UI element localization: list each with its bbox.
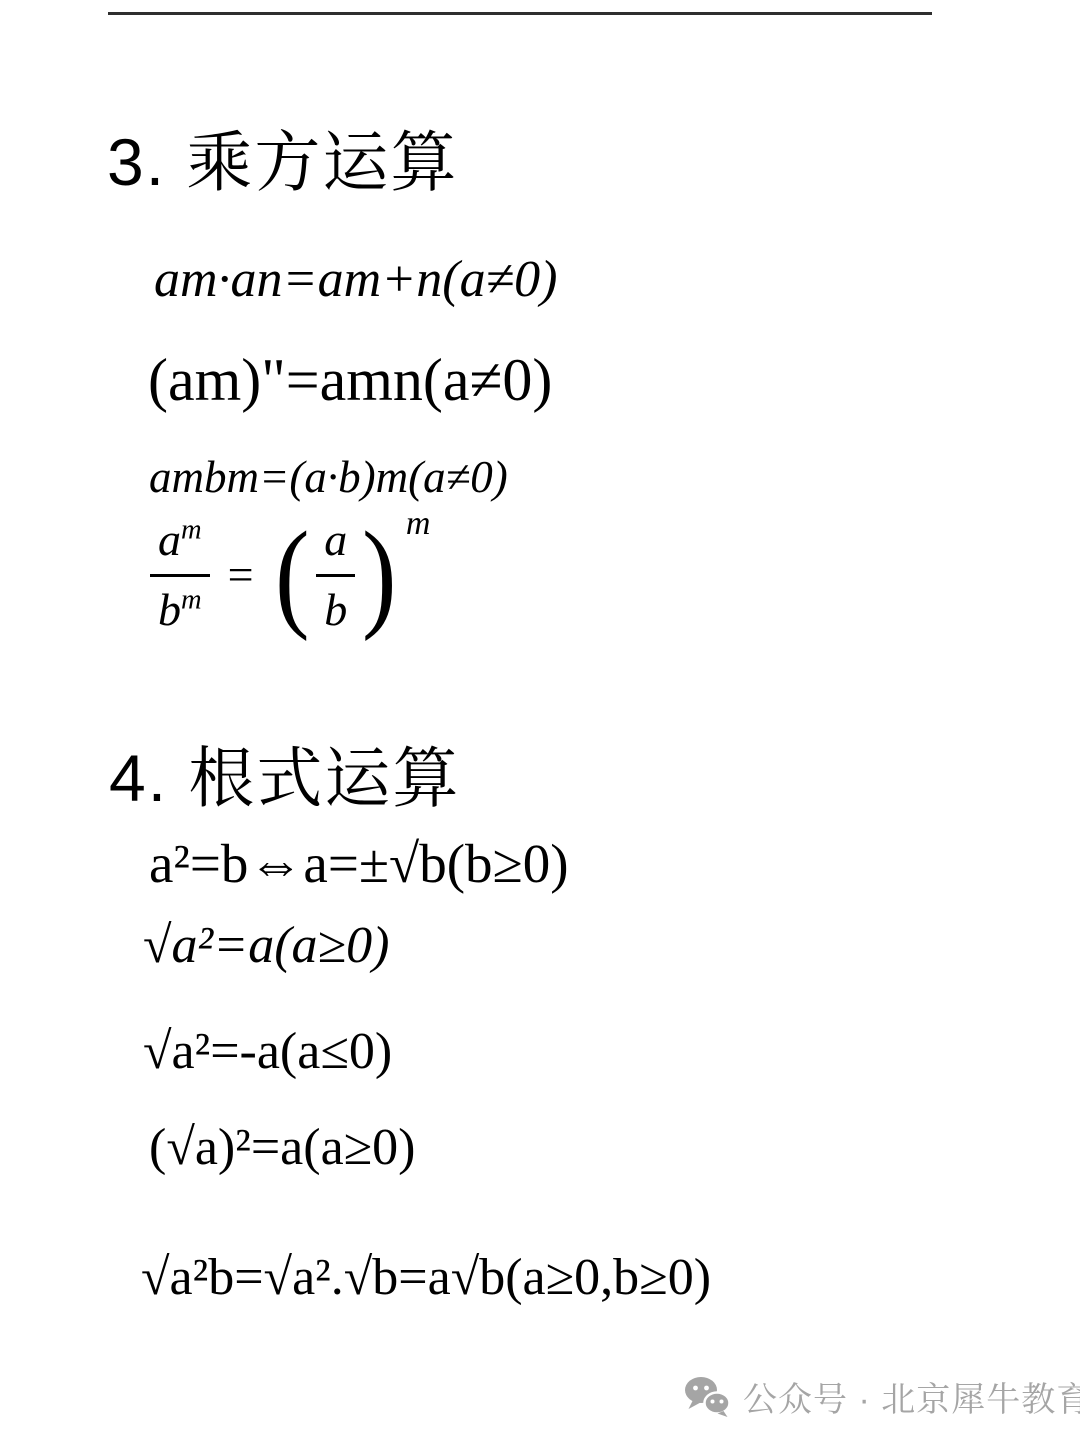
- equals-sign: =: [228, 549, 254, 602]
- fraction-numerator: a: [316, 514, 355, 577]
- formula-sqrt-of-square-nonpositive: √a²=-a(a≤0): [143, 1022, 392, 1082]
- formula-square-of-sqrt: (√a)²=a(a≥0): [149, 1118, 416, 1178]
- watermark: 公众号 · 北京犀牛教育: [684, 1372, 1080, 1421]
- fraction-denominator: b: [316, 577, 355, 637]
- watermark-text: 公众号 · 北京犀牛教育: [743, 1372, 1080, 1421]
- fraction-denominator: bm: [150, 577, 210, 637]
- formula-sqrt-of-square-nonnegative: √a²=a(a≥0): [143, 916, 389, 976]
- formula-square-root-definition: a²=b⇔a=±√b(b≥0): [149, 832, 569, 895]
- formula-power-of-a-product: ambm=(a·b)m(a≠0): [149, 452, 508, 504]
- fraction-numerator: am: [150, 514, 210, 577]
- formula-power-of-a-power: (am)"=amn(a≠0): [148, 346, 552, 415]
- formula-product-of-powers: am·an=am+n(a≠0): [154, 250, 557, 310]
- outer-exponent: m: [406, 504, 431, 543]
- section-title-radical-operations: 4. 根式运算: [109, 742, 460, 815]
- top-divider: [108, 12, 932, 15]
- fraction-am-over-bm: am bm: [150, 514, 210, 637]
- formula-sheet-page: 3. 乘方运算 am·an=am+n(a≠0) (am)"=amn(a≠0) a…: [0, 0, 1080, 1440]
- formula-sqrt-of-product: √a²b=√a².√b=a√b(a≥0,b≥0): [141, 1248, 711, 1308]
- fraction-a-over-b: a b: [316, 514, 355, 637]
- wechat-icon: [684, 1376, 731, 1418]
- formula-power-of-a-quotient: am bm = ( a b ) m: [150, 514, 430, 637]
- section-title-power-operations: 3. 乘方运算: [107, 126, 458, 199]
